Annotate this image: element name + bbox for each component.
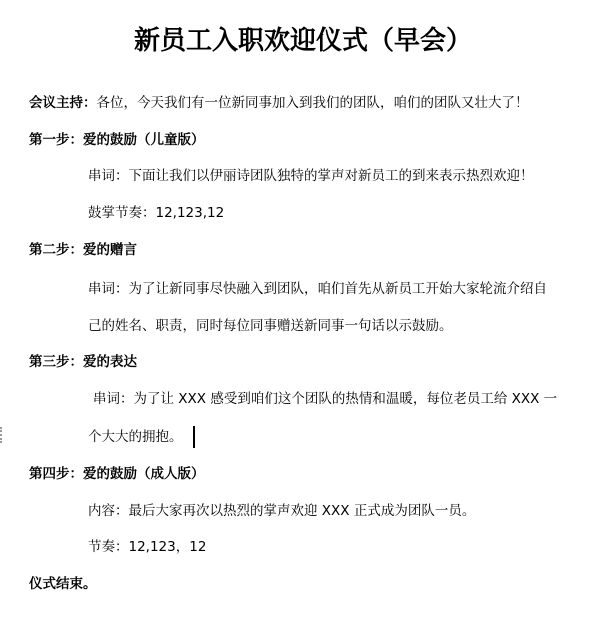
step-1-line-1: 串词：下面让我们以伊丽诗团队独特的掌声对新员工的到来表示热烈欢迎！ bbox=[88, 167, 534, 185]
step-4-line-2: 节奏：12,123，12 bbox=[88, 538, 206, 556]
closing-text: 仪式结束。 bbox=[29, 575, 97, 593]
step-3-line-1: 串词：为了让 XXX 感受到咱们这个团队的热情和温暖，每位老员工给 XXX 一 bbox=[93, 390, 557, 408]
intro-label: 会议主持： bbox=[29, 95, 97, 111]
step-2-line-2: 己的姓名、职责，同时每位同事赠送新同事一句话以示鼓励。 bbox=[88, 317, 453, 335]
step-3-line-2: 个大大的拥抱。 bbox=[88, 429, 183, 445]
step-4-heading: 第四步：爱的鼓励（成人版） bbox=[29, 465, 205, 483]
step-3-line-2-wrap: 个大大的拥抱。 bbox=[88, 426, 195, 448]
step-2-heading: 第二步：爱的赠言 bbox=[29, 241, 137, 259]
text-cursor bbox=[193, 426, 195, 448]
step-3-heading: 第三步：爱的表达 bbox=[29, 353, 137, 371]
step-2-line-1: 串词：为了让新同事尽快融入到团队，咱们首先从新员工开始大家轮流介绍自 bbox=[88, 280, 547, 298]
margin-handle-icon[interactable] bbox=[0, 427, 5, 443]
step-1-line-2: 鼓掌节奏：12,123,12 bbox=[88, 204, 224, 222]
intro-text: 各位，今天我们有一位新同事加入到我们的团队，咱们的团队又壮大了！ bbox=[97, 95, 529, 111]
step-1-heading: 第一步：爱的鼓励（儿童版） bbox=[29, 131, 205, 149]
step-4-line-1: 内容：最后大家再次以热烈的掌声欢迎 XXX 正式成为团队一员。 bbox=[88, 502, 475, 520]
intro-paragraph: 会议主持：各位，今天我们有一位新同事加入到我们的团队，咱们的团队又壮大了！ bbox=[29, 94, 529, 112]
document-title: 新员工入职欢迎仪式（早会） bbox=[0, 20, 606, 57]
